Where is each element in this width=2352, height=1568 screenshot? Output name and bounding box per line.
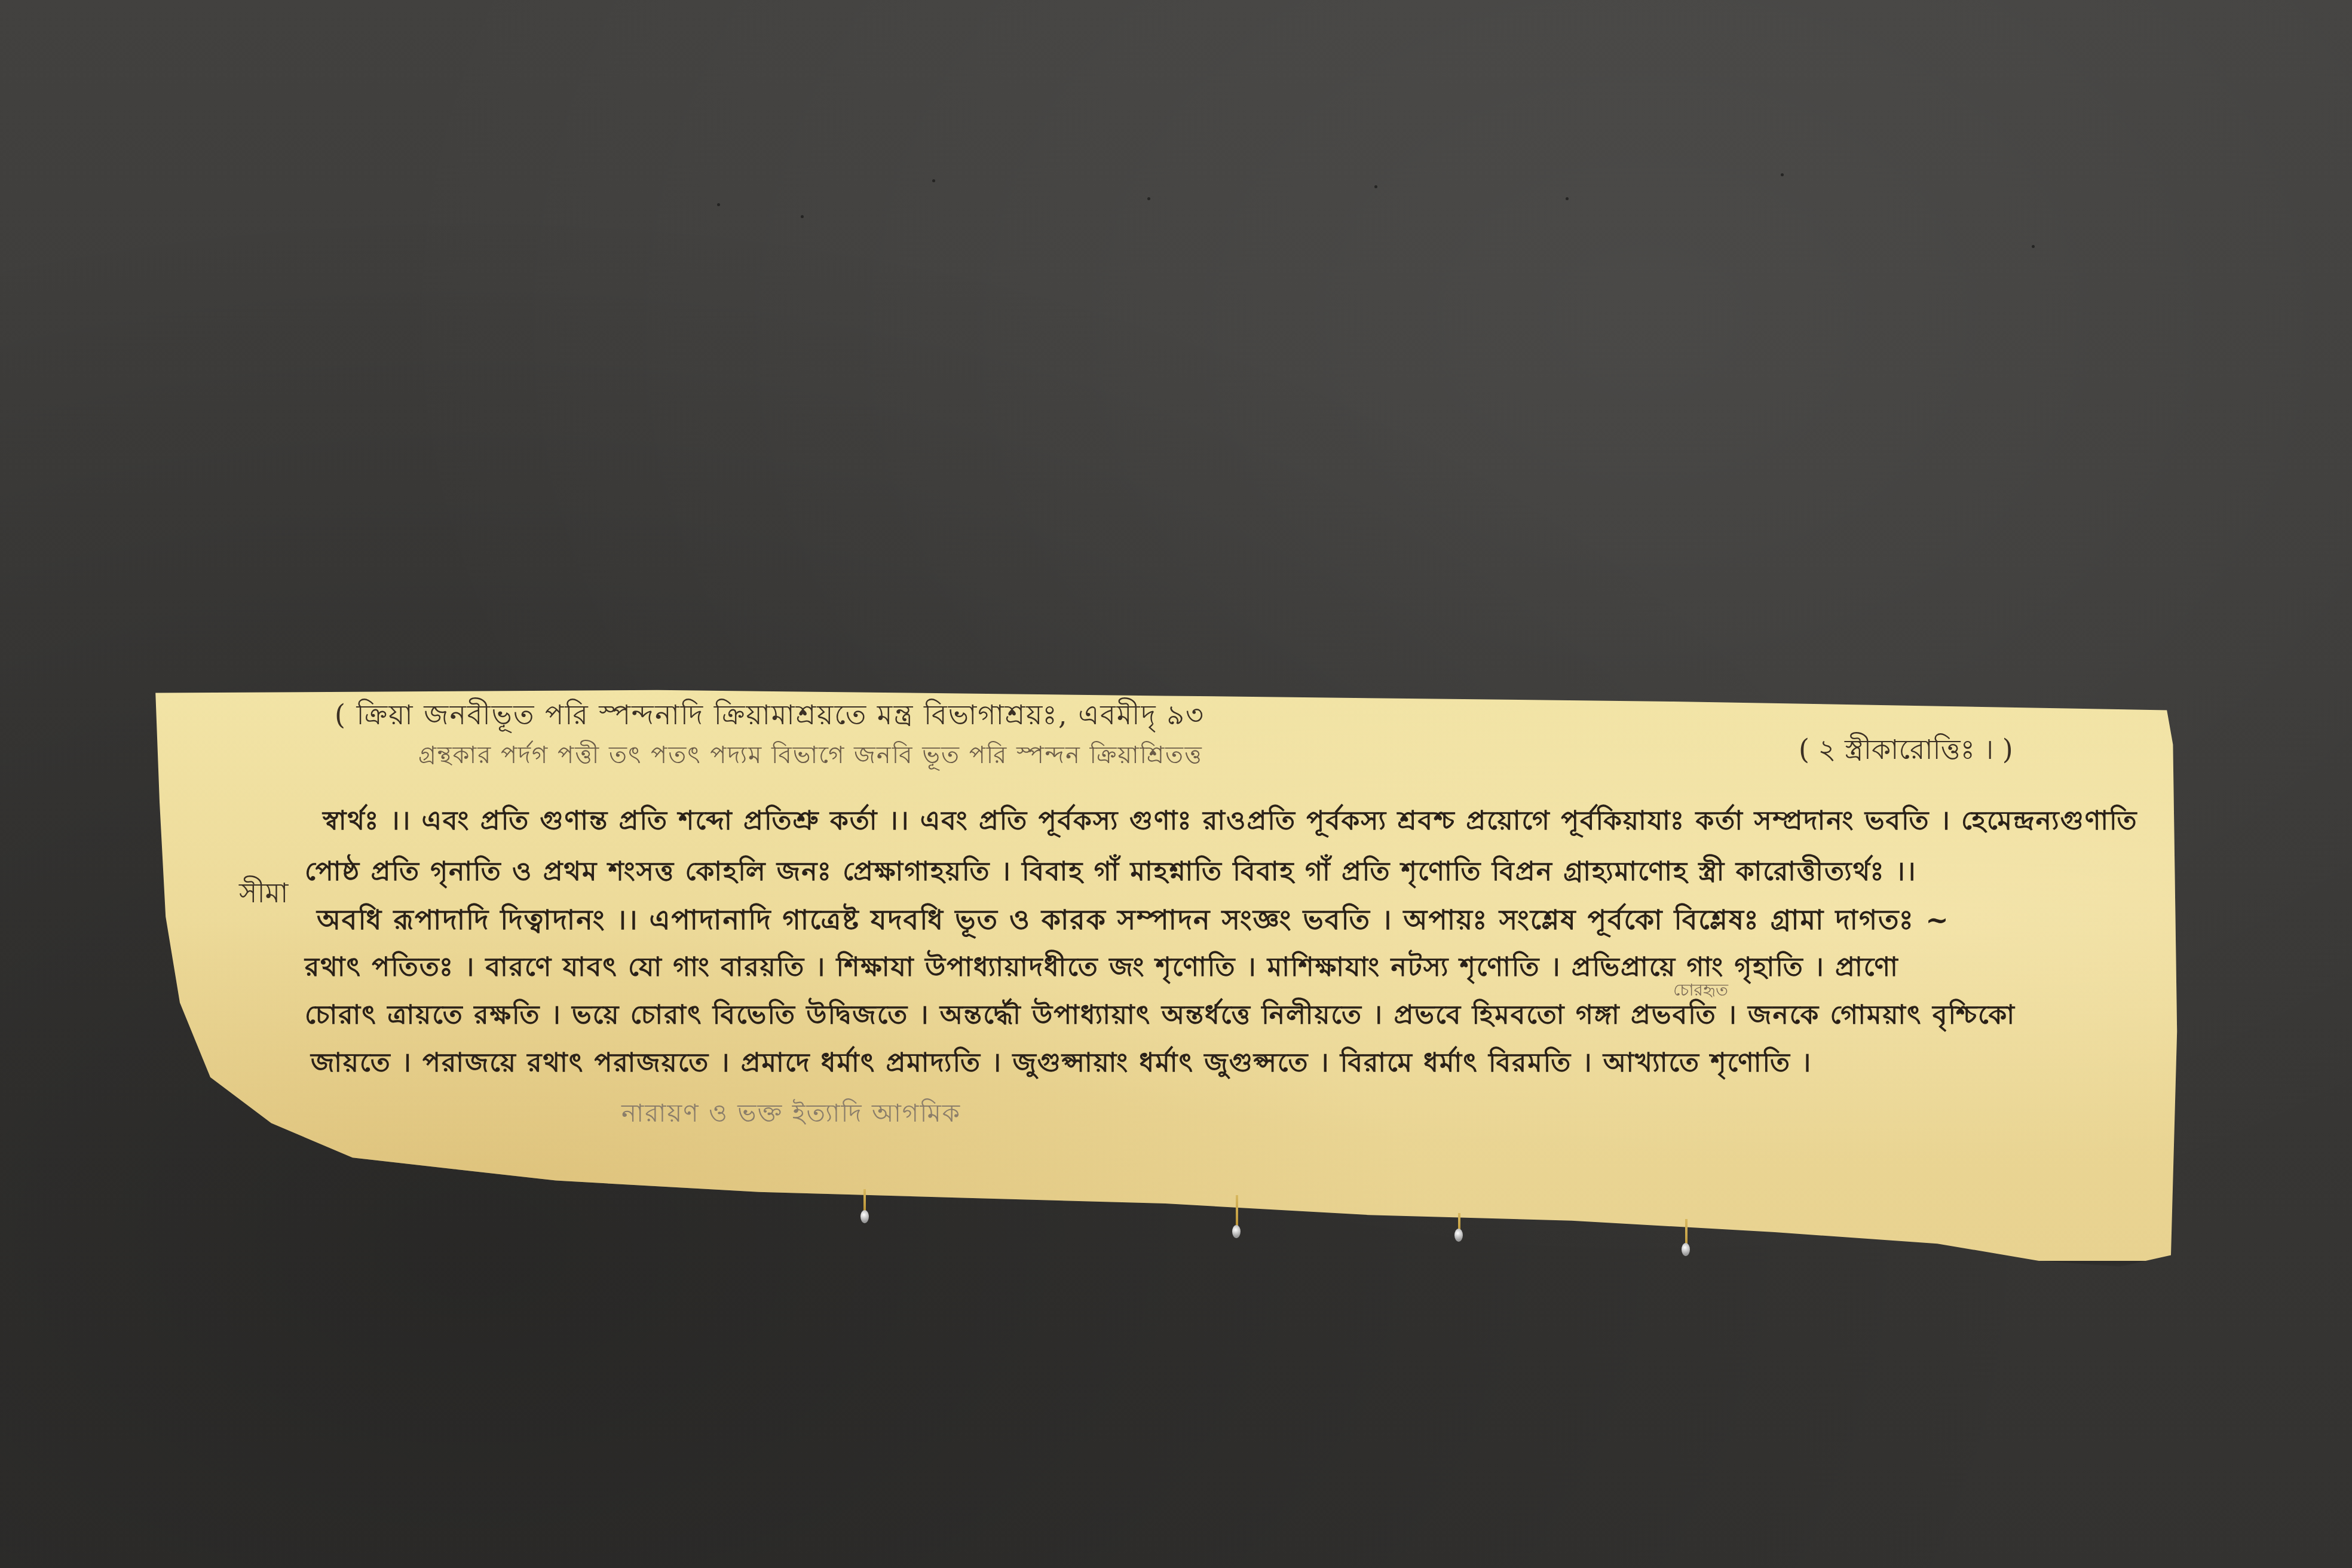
mounting-pin [863, 1189, 866, 1213]
pin-head-icon [1232, 1225, 1241, 1238]
manuscript-line-1: স্বার্থঃ ।। এবং প্রতি গুণান্ত প্রতি শব্দ… [323, 801, 2138, 844]
manuscript-line-6: জায়তে । পরাজয়ে রথাৎ পরাজয়তে । প্রমাদে… [311, 1043, 1812, 1086]
board-speck [1374, 185, 1377, 188]
manuscript-line-5: চোরাৎ ত্রায়তে রক্ষতি । ভয়ে চোরাৎ বিভেত… [305, 995, 2016, 1039]
pin-head-icon [860, 1210, 869, 1223]
board-speck [1781, 173, 1784, 176]
manuscript-line-4: রথাৎ পতিতঃ । বারণে যাবৎ যো গাং বারয়তি ।… [305, 947, 1899, 991]
header-line-2: গ্রন্থকার পর্দগ পত্তী তৎ পতৎ পদ্যম বিভাগ… [418, 736, 1203, 776]
left-margin-note: সীমা [239, 872, 288, 918]
header-line-1: ( ক্রিয়া জনবীভূত পরি স্পন্দনাদি ক্রিয়া… [335, 694, 1205, 740]
board-speck [1147, 197, 1150, 200]
board-speck [2032, 245, 2035, 248]
board-speck [1566, 197, 1569, 200]
header-right-note: ( ২ স্ত্রীকারোত্তিঃ । ) [1799, 729, 2013, 774]
manuscript-line-2: পোষ্ঠ প্রতি গৃনাতি ও প্রথম শংসত্ত কোহলি … [305, 852, 1916, 895]
board-speck [717, 203, 720, 206]
board-speck [801, 215, 804, 218]
pin-head-icon [1682, 1243, 1690, 1256]
pin-head-icon [1454, 1229, 1463, 1242]
interlinear-note: চোরহৃত [1673, 977, 1728, 1005]
board-speck [932, 179, 935, 182]
manuscript-line-3: অবধি রূপাদাদি দিত্বাদানং ।। এপাদানাদি গা… [317, 899, 1950, 945]
manuscript-leaf: ( ক্রিয়া জনবীভূত পরি স্পন্দনাদি ক্রিয়া… [149, 687, 2181, 1261]
pencil-note: নারায়ণ ও ভক্ত ইত্যাদি আগমিক [621, 1094, 961, 1136]
